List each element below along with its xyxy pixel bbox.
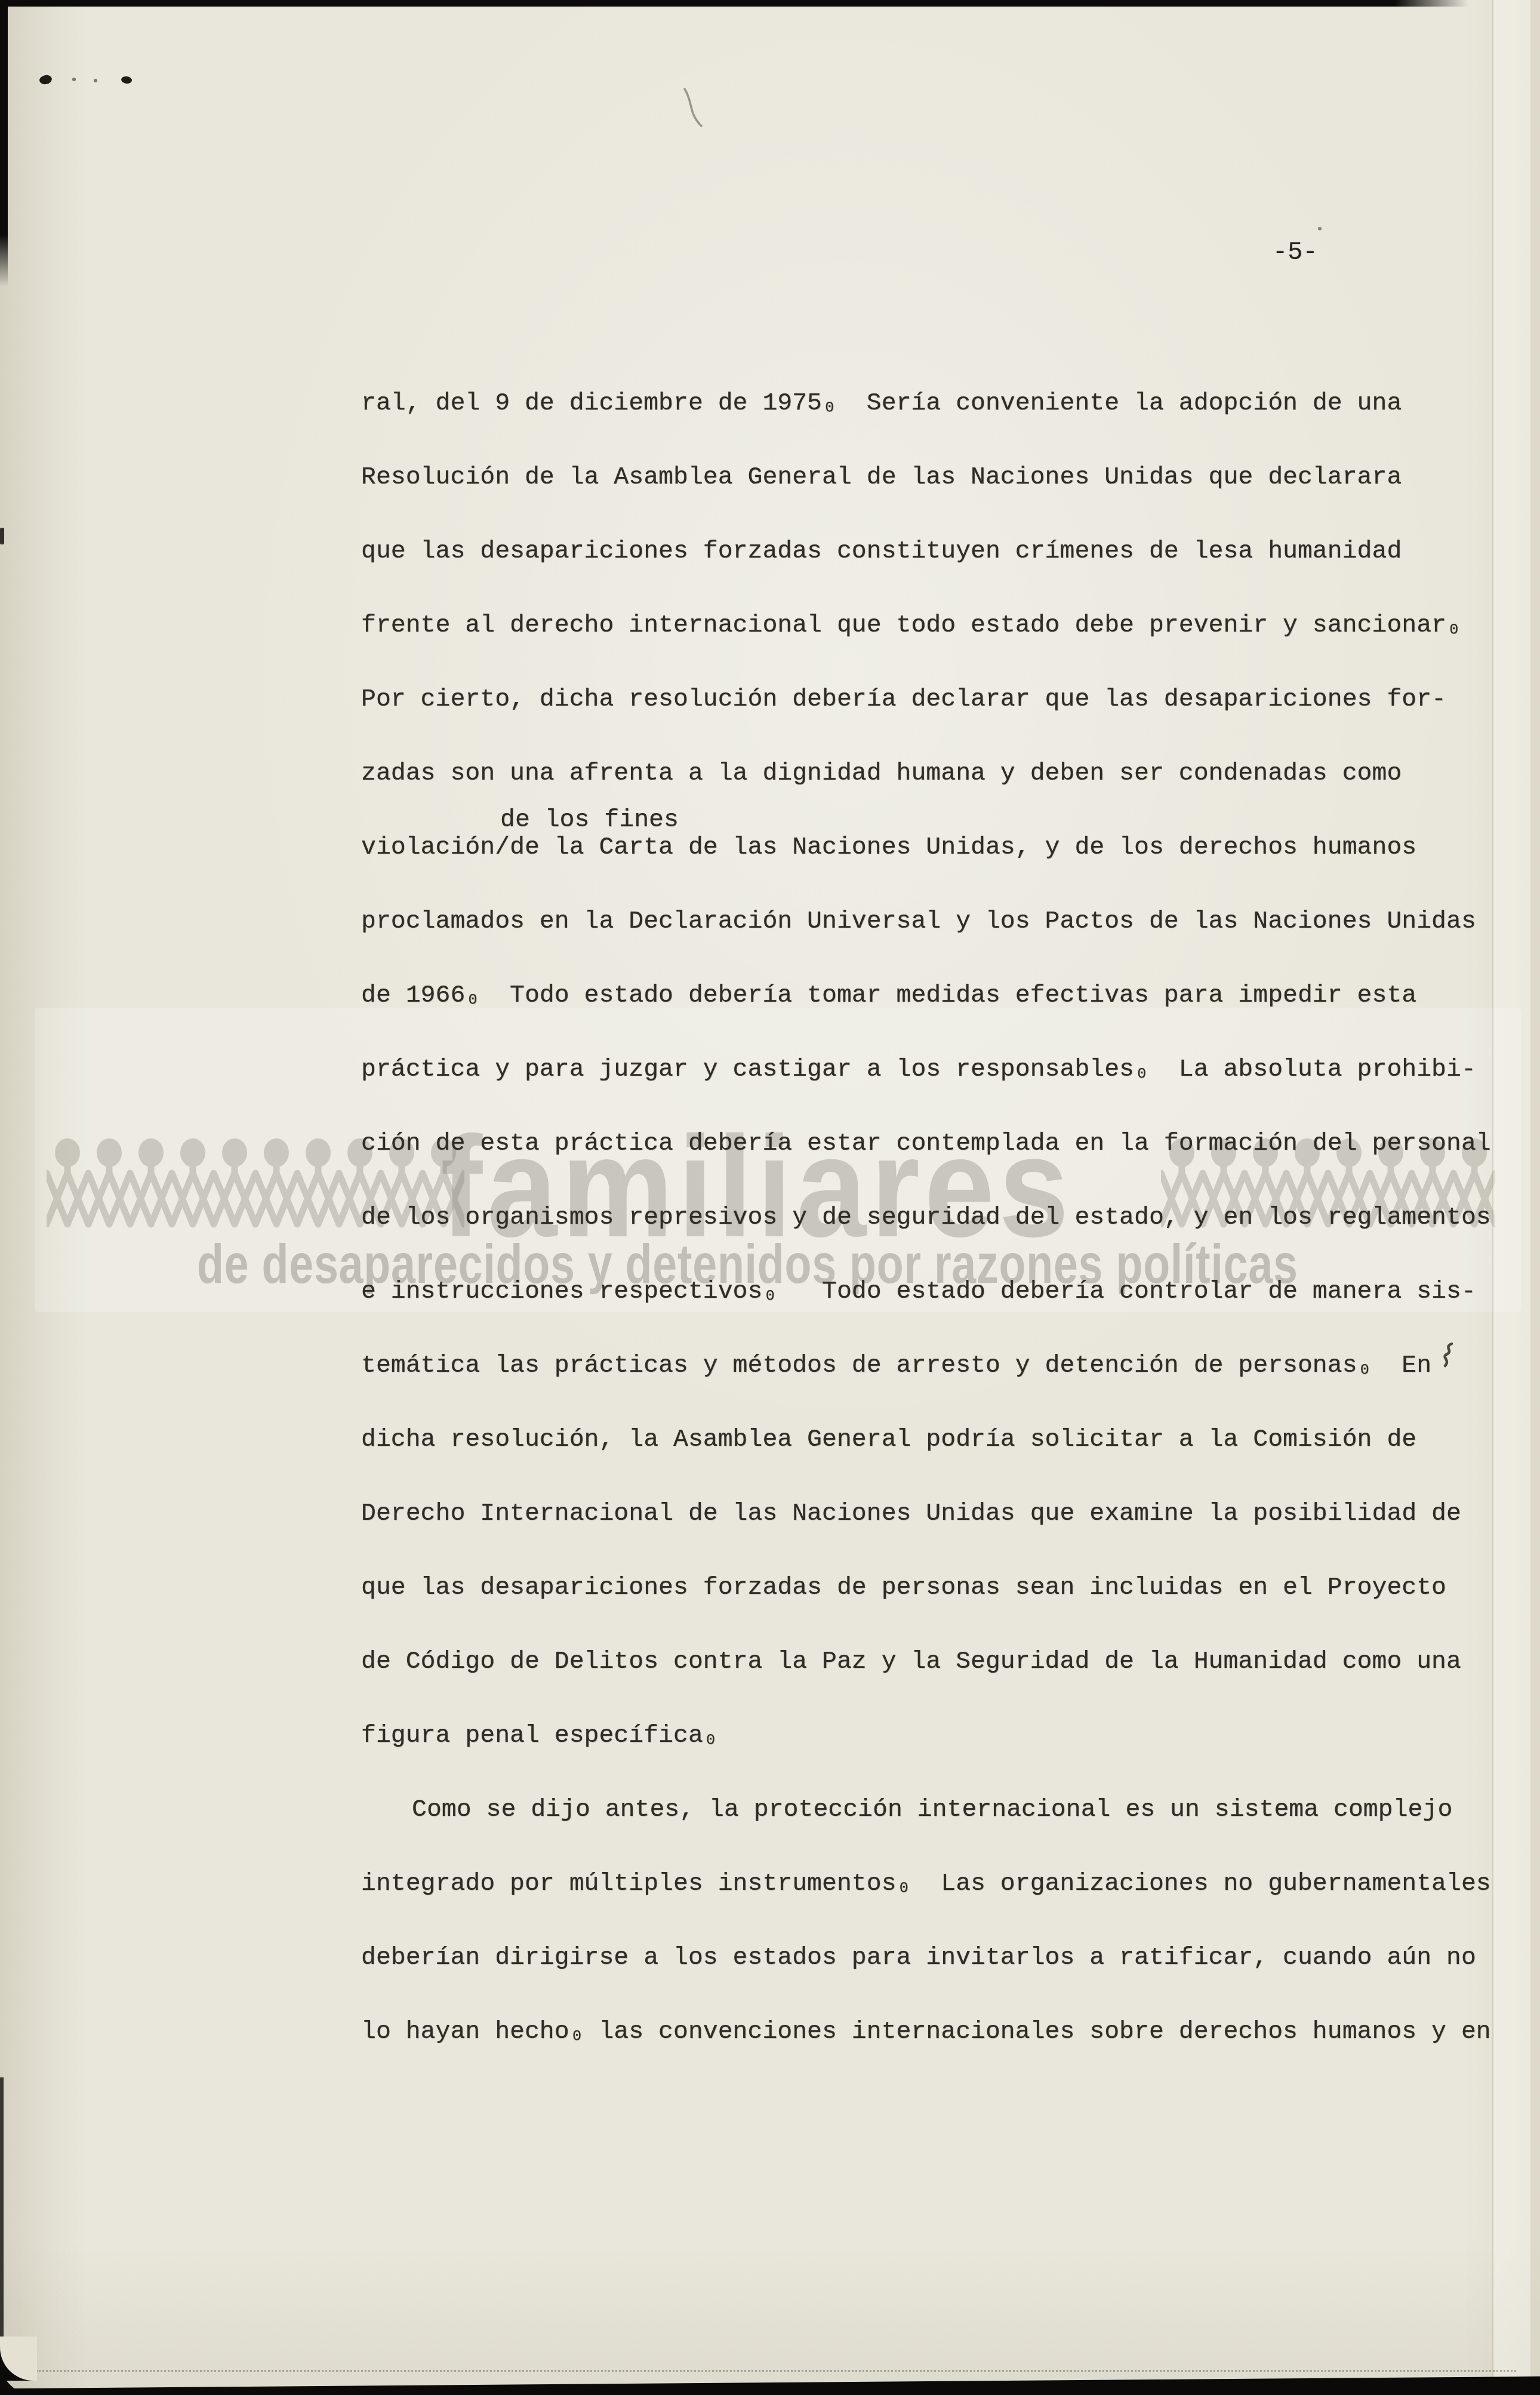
typed-line: temática las prácticas y métodos de arre… bbox=[361, 1353, 1431, 1378]
typed-line: que las desapariciones forzadas de perso… bbox=[361, 1575, 1446, 1600]
typed-line: violación/de la Carta de las Naciones Un… bbox=[361, 835, 1416, 860]
typed-inserted-line: de los fines bbox=[500, 808, 679, 833]
typed-line: Por cierto, dicha resolución debería dec… bbox=[361, 687, 1446, 712]
typed-line: de los organismos represivos y de seguri… bbox=[361, 1205, 1491, 1230]
scan-right-edge bbox=[1530, 0, 1540, 2395]
typed-line: dicha resolución, la Asamblea General po… bbox=[361, 1427, 1416, 1452]
scan-edge-chip bbox=[0, 528, 4, 544]
ink-speck bbox=[1318, 227, 1322, 230]
ink-speck bbox=[72, 78, 76, 81]
typed-line: ción de esta práctica debería estar cont… bbox=[361, 1131, 1491, 1156]
typed-line: zadas son una afrenta a la dignidad huma… bbox=[361, 761, 1402, 786]
typed-line: práctica y para juzgar y castigar a los … bbox=[361, 1057, 1476, 1082]
typed-line: Como se dijo antes, la protección intern… bbox=[412, 1797, 1452, 1823]
typed-line: de 1966₀ Todo estado debería tomar medid… bbox=[361, 983, 1416, 1008]
typed-line: ral, del 9 de diciembre de 1975₀ Sería c… bbox=[361, 391, 1402, 416]
scanned-document-page: familiares de desaparecidos y detenidos … bbox=[0, 0, 1540, 2395]
typed-line: proclamados en la Declaración Universal … bbox=[361, 909, 1476, 934]
typed-line: lo hayan hecho₀ las convenciones interna… bbox=[361, 2020, 1491, 2045]
scan-edge-left bbox=[0, 0, 8, 287]
pencil-mark bbox=[677, 87, 713, 134]
typed-line: que las desapariciones forzadas constitu… bbox=[361, 539, 1402, 564]
typed-line: Derecho Internacional de las Naciones Un… bbox=[361, 1501, 1461, 1526]
typed-line: integrado por múltiples instrumentos₀ La… bbox=[361, 1871, 1491, 1897]
page-number: -5- bbox=[1273, 240, 1318, 265]
ink-speck bbox=[94, 79, 97, 82]
scan-edge-top bbox=[0, 0, 1468, 7]
typed-line: e instrucciones respectivos₀ Todo estado… bbox=[361, 1279, 1476, 1304]
scan-edge-left-bottom bbox=[0, 2077, 4, 2376]
typed-line: figura penal específica₀ bbox=[361, 1723, 718, 1748]
typed-line: de Código de Delitos contra la Paz y la … bbox=[361, 1649, 1461, 1674]
typed-line: frente al derecho internacional que todo… bbox=[361, 613, 1461, 638]
page-rounded-corner bbox=[0, 2336, 37, 2381]
scan-right-divider bbox=[1492, 0, 1493, 2395]
typed-line: deberían dirigirse a los estados para in… bbox=[361, 1945, 1476, 1971]
scan-edge-dotted-line bbox=[36, 2370, 1516, 2372]
ink-squiggle-mark bbox=[1439, 1342, 1459, 1372]
typed-line: Resolución de la Asamblea General de las… bbox=[361, 465, 1402, 490]
